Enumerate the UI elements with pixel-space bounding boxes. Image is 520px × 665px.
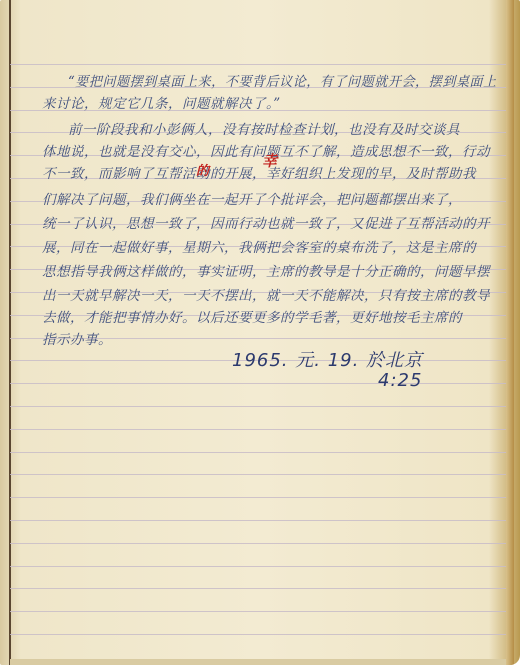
red-correction: 幸 [262,150,278,171]
ruled-line [10,497,506,498]
ruled-line [10,64,506,65]
ruled-line [10,520,506,521]
red-correction: 的 [196,160,210,179]
ruled-line [10,474,506,475]
text-line: 展，同在一起做好事，星期六，我俩把会客室的桌布洗了，这是主席的 [42,236,476,256]
text-line: 来讨论，规定它几条，问题就解决了。” [42,92,281,112]
page-edge [506,0,514,665]
text-line: 指示办事。 [42,328,112,348]
ruled-line [10,406,506,407]
text-line: 前一阶段我和小彭俩人，没有按时检查计划，也没有及时交谈具 [68,118,460,138]
ruled-line [10,566,506,567]
ruled-line [10,588,506,589]
ruled-line [10,611,506,612]
text-line: 不一致，而影响了互帮活动的开展，幸好组织上发现的早，及时帮助我 [42,162,476,182]
ruled-line [10,634,506,635]
text-line: 思想指导我俩这样做的，事实证明，主席的教导是十分正确的，问题早摆 [42,260,490,280]
text-line: 们解决了问题，我们俩坐在一起开了个批评会，把问题都摆出来了， [42,188,462,208]
notebook-page: “要把问题摆到桌面上来，不要背后议论，有了问题就开会，摆到桌面上 来讨论，规定它… [0,0,520,665]
text-line: 去做，才能把事情办好。以后还要更多的学毛著，更好地按毛主席的 [42,306,462,326]
text-line: “要把问题摆到桌面上来，不要背后议论，有了问题就开会，摆到桌面上 [68,70,497,90]
ruled-line [10,429,506,430]
text-line: 统一了认识，思想一致了，因而行动也就一致了，又促进了互帮活动的开 [42,212,490,232]
date-line: 1965. 元. 19. 於北京 [232,346,423,372]
ruled-line [10,543,506,544]
ruled-line [10,383,506,384]
page-bottom-edge [10,659,506,665]
ruled-line [10,452,506,453]
text-line: 出一天就早解决一天，一天不摆出，就一天不能解决，只有按主席的教导 [42,284,490,304]
time-stamp: 4:25 [378,370,422,391]
